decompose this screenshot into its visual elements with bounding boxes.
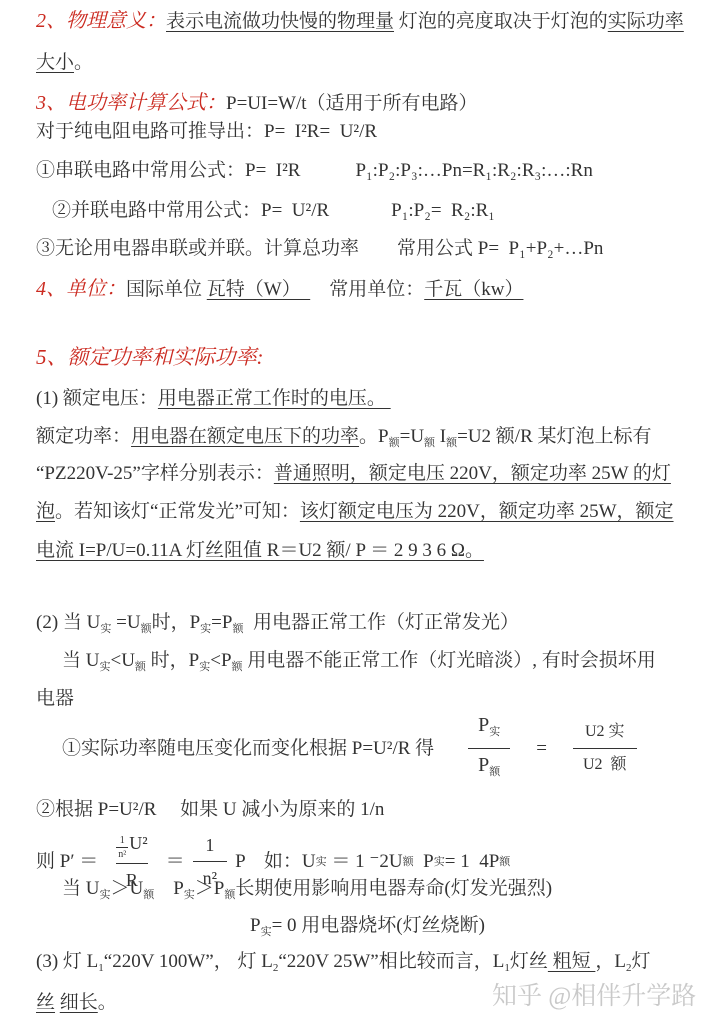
seg: 大小 [36, 52, 74, 73]
equals-sign: ＝ [166, 849, 185, 875]
line-actual-power-fraction: ①实际功率随电压变化而变化根据 P=U²/R 得 P实P额 = U2 实U2 额 [62, 712, 647, 785]
heading-2: 2、物理意义： [36, 10, 166, 32]
seg: (3) 灯 L [36, 951, 98, 972]
seg: 用电器在额定电压下的功率 [131, 426, 359, 447]
seg: 国际单位 [126, 279, 207, 300]
heading-4: 4、单位： [36, 278, 126, 300]
seg: ＝ 1 ⁻2U [327, 849, 403, 875]
seg: “220V 25W”相比较而言，L [278, 951, 504, 972]
subscript: 额 [424, 437, 435, 449]
subscript: 额 [143, 889, 154, 901]
line-parallel-formula: ②并联电路中常用公式：P= U²/RP₁:P₂= R₂:R₁ [52, 198, 495, 224]
subscript: 实 [200, 623, 211, 635]
line-power-formula: 3、电功率计算公式：P=UI=W/t（适用于所有电路） [36, 90, 478, 117]
document-page: { "page": { "background": "#ffffff", "te… [0, 0, 720, 1019]
subscript: 实 [99, 889, 110, 901]
subscript: 实 [184, 889, 195, 901]
seg: P=UI=W/t（适用于所有电路） [226, 93, 478, 114]
subscript: 额 [446, 437, 457, 449]
seg: 实际功率 [608, 11, 684, 32]
seg: 用电器不能正常工作（灯光暗淡）, 有时会损坏用 [243, 650, 656, 671]
line-u-equal: (2) 当 U实 =U额时，P实=P额 用电器正常工作（灯正常发光） [36, 610, 519, 642]
seg: =U [400, 426, 424, 447]
line-normal-light: 泡。若知该灯“正常发光”可知：该灯额定电压为 220V，额定功率 25W，额定 [36, 499, 674, 525]
fraction-numerator: P实 [468, 712, 510, 748]
seg: 用电器正常工作（灯正常发光） [243, 612, 519, 633]
line-rated-power-heading: 5、额定功率和实际功率: [36, 344, 264, 372]
fraction-numerator: 1 [195, 832, 224, 861]
seg: P 如：U [235, 849, 316, 875]
zhihu-watermark: 知乎 @相伴升学路 [492, 976, 696, 1012]
seg: 。 [74, 52, 93, 73]
subscript: 额 [232, 661, 243, 673]
seg: =U [111, 612, 140, 633]
seg: 灯泡的亮度取决于灯泡的 [394, 11, 608, 32]
seg: ①串联电路中常用公式：P= I²R [36, 160, 300, 181]
seg: 时，P [152, 612, 201, 633]
heading-3: 3、电功率计算公式： [36, 92, 226, 114]
subscript: 实 [100, 623, 111, 635]
seg: I [435, 426, 446, 447]
seg: 电流 I=P/U=0.11A 灯丝阻值 R＝U2 额/ P ＝ 2 9 3 6 … [36, 540, 484, 561]
line-u-less: 当 U实<U额 时，P实<P额 用电器不能正常工作（灯光暗淡）, 有时会损坏用 [62, 648, 656, 680]
line-total-power: ③无论用电器串联或并联。计算总功率常用公式 P= P₁+P₂+…Pn [36, 236, 603, 262]
seg: ③无论用电器串联或并联。计算总功率 [36, 238, 359, 259]
seg: 灯 [632, 951, 651, 972]
seg: P₁:P₂= R₂:R₁ [391, 200, 495, 221]
subscript: 实 [199, 661, 210, 673]
seg: <U [110, 650, 134, 671]
mini-fraction: 1n² [116, 835, 128, 860]
seg: 普通照明，额定电压 220V，额定功率 25W 的灯 [274, 463, 671, 484]
fraction-denominator: P额 [468, 748, 510, 785]
seg: 当 U [62, 650, 99, 671]
line-physical-meaning: 2、物理意义：表示电流做功快慢的物理量 灯泡的亮度取决于灯泡的实际功率 [36, 8, 684, 35]
seg: 该灯额定电压为 220V，额定功率 25W，额定 [300, 501, 674, 522]
subscript: 实 [99, 661, 110, 673]
seg: (2) 当 U [36, 612, 100, 633]
subscript: 额 [499, 849, 510, 875]
seg: ②并联电路中常用公式：P= U²/R [52, 200, 329, 221]
subscript: 额 [389, 437, 400, 449]
subscript: 实 [434, 849, 445, 875]
seg: 细长 [60, 992, 98, 1013]
seg: = 1 4P [445, 849, 500, 875]
seg: P [414, 849, 434, 875]
seg: P [154, 878, 184, 899]
seg: 。P [359, 426, 389, 447]
line-current-resistance: 电流 I=P/U=0.11A 灯丝阻值 R＝U2 额/ P ＝ 2 9 3 6 … [36, 538, 484, 564]
line-rated-power-def: 额定功率：用电器在额定电压下的功率。P额=U额 I额=U2 额/R 某灯泡上标有 [36, 424, 652, 456]
line-units: 4、单位：国际单位 瓦特（W） 常用单位：千瓦（kw） [36, 276, 523, 303]
seg: 常用单位： [310, 279, 424, 300]
seg: 长期使用影响用电器寿命(灯发光强烈) [235, 878, 552, 899]
subscript: 实 [261, 926, 272, 938]
seg: 额定功率： [36, 426, 131, 447]
subscript: 额 [135, 661, 146, 673]
subscript: 额 [141, 623, 152, 635]
fraction-numerator: U2 实 [575, 719, 635, 748]
seg: (1) 额定电压： [36, 388, 158, 409]
fraction-p: P实P额 [468, 712, 510, 785]
subscript: 额 [403, 849, 414, 875]
subscript: 实 [316, 849, 327, 875]
seg: 。若知该灯“正常发光”可知： [55, 501, 300, 522]
seg: 电器 [36, 688, 74, 709]
subscript: 额 [224, 889, 235, 901]
seg: ①实际功率随电压变化而变化根据 P=U²/R 得 [62, 736, 434, 762]
seg: ，L [595, 951, 626, 972]
line-u-greater: 当 U实＞U额 P实＞P额长期使用影响用电器寿命(灯发光强烈) [62, 876, 552, 908]
seg: 。 [98, 992, 117, 1013]
seg: 瓦特（W） [207, 279, 310, 300]
seg: 对于纯电阻电路可推导出：P= I²R= U²/R [36, 121, 377, 142]
seg: ＞U [110, 878, 143, 899]
seg: 粗短 [548, 951, 596, 972]
fraction-numerator: 1n²U² [106, 830, 157, 863]
seg: = 0 用电器烧坏(灯丝烧断) [272, 915, 485, 936]
seg: <P [210, 650, 231, 671]
seg: 用电器正常工作时的电压。 [158, 388, 391, 409]
seg: 千瓦（kw） [424, 279, 523, 300]
seg: 时，P [146, 650, 199, 671]
seg: “PZ220V-25”字样分别表示： [36, 463, 274, 484]
fraction-u2: U2 实U2 额 [573, 719, 637, 778]
line-pz220v: “PZ220V-25”字样分别表示：普通照明，额定电压 220V，额定功率 25… [36, 461, 671, 487]
seg: 当 U [62, 878, 99, 899]
seg: 泡 [36, 501, 55, 522]
fraction-denominator: U2 额 [573, 748, 637, 778]
seg: P [250, 915, 261, 936]
line-if-u-reduced: ②根据 P=U²/R 如果 U 减小为原来的 1/n [36, 797, 384, 823]
line-appliance: 电器 [36, 686, 74, 712]
seg: “220V 100W”， 灯 L [104, 951, 273, 972]
seg: 灯丝 [510, 951, 548, 972]
line-physical-meaning-cont: 大小。 [36, 50, 93, 76]
line-series-formula: ①串联电路中常用公式：P= I²RP₁:P₂:P₃:…Pn=R₁:R₂:R₃:…… [36, 158, 593, 184]
seg: ②根据 P=U²/R 如果 U 减小为原来的 1/n [36, 799, 384, 820]
seg: 丝 [36, 992, 55, 1013]
line-burned-out: P实= 0 用电器烧坏(灯丝烧断) [250, 913, 485, 945]
line-pure-resistance: 对于纯电阻电路可推导出：P= I²R= U²/R [36, 119, 377, 145]
line-lamp-compare-cont: 丝 细长。 [36, 990, 117, 1016]
seg: 则 P′ ＝ [36, 849, 98, 875]
seg: =U2 额/R 某灯泡上标有 [457, 426, 651, 447]
line-rated-voltage: (1) 额定电压：用电器正常工作时的电压。 [36, 386, 391, 412]
heading-5: 5、额定功率和实际功率: [36, 345, 264, 369]
seg: 常用公式 P= P₁+P₂+…Pn [397, 238, 603, 259]
equals-sign: = [536, 736, 547, 762]
seg: 表示电流做功快慢的物理量 [166, 11, 394, 32]
seg: ＞P [195, 878, 225, 899]
seg: =P [211, 612, 232, 633]
subscript: 额 [232, 623, 243, 635]
seg: P₁:P₂:P₃:…Pn=R₁:R₂:R₃:…:Rn [355, 160, 592, 181]
